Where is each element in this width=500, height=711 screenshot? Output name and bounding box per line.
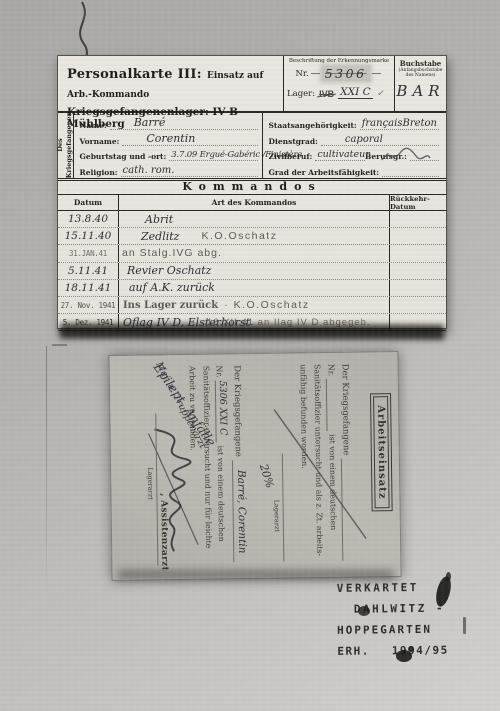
scanned-document-page: Personalkarte III: Einsatz auf Arb.-Komm…: [0, 0, 500, 711]
id-tag-cell: Beschriftung der Erkennungsmarke Nr. 530…: [283, 56, 394, 111]
block2-line2: ist von einem deutschen: [214, 446, 229, 542]
stamp-line3: HOPPEGARTEN: [337, 622, 497, 637]
table-row: 13.8.40 Abrit: [58, 211, 446, 228]
block1-line1: Der Kriegsgefangene: [338, 364, 353, 456]
row-date: 5.11.41: [68, 265, 108, 277]
lagerarzt-label: Lagerarzt: [146, 467, 154, 499]
kommandos-table: Datum Art des Kommandos Rückkehr-Datum 1…: [58, 194, 446, 325]
personal-data-section: Des Kriegsgefangenen Name: Barré Vorname…: [58, 111, 446, 181]
prisoner-number: 5306: [322, 66, 370, 81]
card-header: Personalkarte III: Einsatz auf Arb.-Komm…: [58, 56, 446, 113]
field-row-staatsangehoerigkeit: Staatsangehörigkeit: français Breton: [269, 115, 439, 130]
arbeitseinsatz-box-title: Arbeitseinsatz: [373, 396, 390, 508]
field-row-name: Name: Barré: [80, 115, 258, 130]
row-entry-stamp: · K.O.Oschatz: [224, 299, 309, 311]
scratch-line-vertical: [46, 346, 47, 598]
column-header-art: Art des Kommandos: [119, 195, 390, 210]
lager-value: XXI C: [338, 86, 372, 99]
block1-line4: unfähig befunden worden.: [296, 364, 313, 564]
row-date-stamp: 27. Nov. 1941: [61, 301, 116, 310]
block1-line2: ist von einem deutschen: [325, 434, 340, 530]
buchstabe-caption: Buchstabe: [395, 59, 446, 68]
row-entry-stamp: an Stalg.IVG abg.: [122, 247, 222, 259]
strike-dash: [372, 73, 381, 74]
field-value: Barré: [134, 116, 166, 129]
signature-line: [282, 454, 285, 562]
nr-label: Nr.: [295, 69, 308, 79]
field-value: caporal: [345, 134, 383, 145]
certification-block-1: Der Kriegsgefangene Nr. ist von einem de…: [296, 364, 355, 565]
field-label: Geburtstag und -ort:: [80, 152, 167, 161]
card-bottom-shadow: [60, 323, 444, 339]
row-date: 13.8.40: [68, 213, 108, 225]
prisoner-name-hand: Barré, Corentin: [235, 470, 248, 554]
field-row-dienstgrad: Dienstgrad: caporal: [269, 130, 439, 145]
lager-row: Lager: IVB XXI C ✓: [287, 86, 391, 99]
row-entry-hand: Zedlitz: [141, 230, 179, 243]
scratch-line-horizontal: [52, 344, 67, 346]
lager-label: Lager:: [287, 89, 315, 99]
block1-line3: Sanitätsoffizier untersucht und als z. Z…: [310, 364, 327, 564]
prisoner-number-hand: 5306 XXI C: [217, 381, 229, 436]
field-value2: Breton: [402, 118, 437, 129]
field-value: Corentin: [146, 132, 195, 145]
field-label: Staatsangehörigkeit:: [269, 121, 357, 130]
block2-line1: Der Kriegsgefangene: [229, 365, 244, 457]
card2-bottom-shadow: [118, 570, 394, 579]
blank-line: [341, 458, 343, 560]
field-label: Zivilberuf:: [269, 152, 313, 161]
row-date: 15.11.40: [65, 230, 112, 242]
row-entry-stamp-fraktur: Ins Lager zurück: [123, 300, 218, 311]
ink-blot: [446, 572, 451, 581]
strike-dash: [311, 73, 320, 74]
column-header-rueckkehr: Rückkehr-Datum: [390, 195, 446, 210]
row-entry-stamp: K.O.Oschatz: [201, 230, 277, 242]
table-row: 31.JAN.41 an Stalg.IVG abg.: [58, 245, 446, 262]
personal-fields-right: Staatsangehörigkeit: français Breton Die…: [262, 111, 446, 178]
table-row: 15.11.40 Zedlitz K.O.Oschatz: [58, 228, 446, 245]
side-label-line1: Des: [56, 111, 65, 178]
lager-struck-value: IVB: [319, 89, 334, 99]
table-row: 5.11.41 Revier Oschatz: [58, 263, 446, 280]
lagerarzt-label: Lagerarzt: [272, 500, 280, 532]
arbeitseinsatz-card: Arbeitseinsatz Der Kriegsgefangene Nr. i…: [108, 351, 401, 581]
side-label: Des Kriegsgefangenen: [56, 111, 74, 178]
initial-letters: BAR: [395, 82, 446, 100]
row-entry-hand: Revier Oschatz: [127, 264, 211, 277]
row-entry-hand: auf A.K. zurück: [129, 281, 215, 294]
field-value: français: [362, 118, 403, 129]
ink-dash-mark: [463, 617, 466, 634]
initial-letter-cell: Buchstabe (Anfangsbuchstabe des Namens) …: [394, 56, 446, 111]
column-header-datum: Datum: [58, 195, 119, 210]
row-date: 18.11.41: [65, 282, 112, 294]
checkmark-icon: ✓: [376, 89, 385, 100]
personalkarte-card: Personalkarte III: Einsatz auf Arb.-Komm…: [57, 55, 447, 329]
row-entry-hand: Abrit: [145, 213, 173, 226]
field-row-religion: Religion: cath. rom.: [80, 161, 258, 176]
kommandos-title: Kommandos: [58, 180, 446, 193]
stamp-line2: DAHLWITZ -: [354, 601, 497, 615]
field-label: Grad der Arbeitsfähigkeit:: [269, 168, 380, 177]
arbeitseinsatz-card-wrap: Arbeitseinsatz Der Kriegsgefangene Nr. i…: [108, 351, 399, 579]
handwritten-scrawl: [380, 146, 432, 164]
field-label: Dienstgrad:: [269, 137, 318, 146]
table-row: 18.11.41 auf A.K. zurück: [58, 280, 446, 297]
block2-nr-label: Nr.: [213, 365, 227, 377]
percent-note: 20%: [257, 462, 277, 489]
stamp-line1: VERKARTET: [337, 580, 497, 595]
id-tag-caption: Beschriftung der Erkennungsmarke: [287, 58, 391, 64]
archive-stamp: VERKARTET DAHLWITZ - HOPPEGARTEN ERH. 19…: [337, 580, 498, 658]
ink-blot: [408, 646, 414, 652]
ink-blot: [358, 606, 370, 616]
field-row-geburtstag: Geburtstag und -ort: 3.7.09 Ergué-Gabéri…: [80, 146, 258, 161]
card-title-block: Personalkarte III: Einsatz auf Arb.-Komm…: [58, 56, 283, 111]
field-value: cultivateur: [317, 149, 369, 160]
personal-fields-left: Name: Barré Vorname: Corentin Geburtstag…: [74, 111, 262, 178]
buchstabe-subcaption: (Anfangsbuchstabe des Namens): [395, 68, 446, 78]
side-label-line2: Kriegsgefangenen: [65, 111, 74, 178]
row-date-stamp: 31.JAN.41: [69, 249, 107, 258]
block1-nr-label: Nr.: [324, 364, 338, 376]
field-label: Religion:: [80, 168, 118, 177]
card-title-line1: Personalkarte III: Einsatz auf Arb.-Komm…: [67, 63, 281, 101]
field-row-vorname: Vorname: Corentin: [80, 130, 258, 145]
assistenzarzt-label: , Assistenzarzt: [158, 493, 169, 571]
card-title: Personalkarte III:: [67, 67, 202, 82]
blank-line: [326, 379, 328, 431]
table-header: Datum Art des Kommandos Rückkehr-Datum: [58, 195, 446, 211]
field-value: cath. rom.: [123, 165, 175, 176]
stamp-line4a: ERH.: [337, 644, 370, 657]
field-label: Vorname:: [80, 137, 120, 146]
field-label: Name:: [80, 121, 107, 130]
table-row: 27. Nov. 1941 Ins Lager zurück · K.O.Osc…: [58, 297, 446, 314]
side-label-column: Des Kriegsgefangenen: [58, 111, 74, 178]
id-number-row: Nr. 5306: [287, 66, 391, 81]
